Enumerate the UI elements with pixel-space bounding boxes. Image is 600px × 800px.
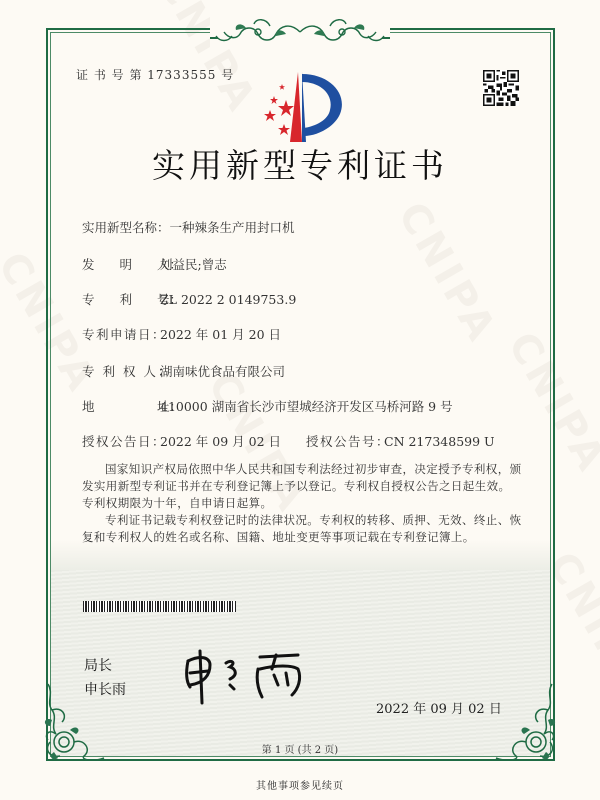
certificate-number-suffix: 号 [221, 68, 234, 82]
field-label: 授权公告号： [306, 432, 384, 450]
field-label: 专 利 号： [82, 290, 160, 308]
field-label: 专 利 权 人： [82, 362, 160, 380]
field-value: 2022 年 09 月 02 日 [160, 432, 281, 450]
body-paragraph-register: 专利证书记载专利权登记时的法律状况。专利权的转移、质押、无效、终止、恢复和专利权… [82, 512, 522, 546]
body-paragraph-grant: 国家知识产权局依照中华人民共和国专利法经过初步审查，决定授予专利权，颁发实用新型… [82, 461, 522, 512]
field-label: 实用新型名称： [82, 218, 170, 236]
field-grant-announcement-date: 授权公告日：2022 年 09 月 02 日 [82, 432, 281, 450]
field-value: 一种辣条生产用封口机 [170, 218, 295, 236]
handwritten-signature-icon [180, 645, 310, 705]
field-value: 湖南味优食品有限公司 [160, 362, 285, 380]
certificate-title: 实用新型专利证书 [0, 140, 600, 187]
field-value: CN 217348599 U [384, 434, 495, 449]
field-value: ZL 2022 2 0149753.9 [160, 292, 296, 307]
field-application-date: 专利申请日：2022 年 01 月 20 日 [82, 325, 281, 343]
field-label: 发 明 人： [82, 255, 160, 273]
field-address: 地 址：410000 湖南省长沙市望城经济开发区马桥河路 9 号 [82, 397, 453, 415]
director-name: 申长雨 [84, 679, 126, 699]
field-value: 刘益民;曾志 [160, 255, 227, 273]
field-utility-model-name: 实用新型名称：一种辣条生产用封口机 [82, 218, 295, 236]
issue-date: 2022 年 09 月 02 日 [376, 698, 502, 717]
certificate-number-label: 证 书 号 第 [76, 68, 142, 82]
footer-note: 其他事项参见续页 [0, 777, 600, 792]
field-patentee: 专 利 权 人：湖南味优食品有限公司 [82, 362, 285, 380]
field-value: 2022 年 01 月 20 日 [160, 325, 281, 343]
top-scroll-ornament-icon [210, 12, 390, 48]
field-label: 地 址： [82, 397, 160, 415]
field-label: 专利申请日： [82, 325, 160, 343]
field-patent-number: 专 利 号：ZL 2022 2 0149753.9 [82, 290, 296, 308]
certificate-number: 证 书 号 第 17333555 号 [76, 66, 234, 83]
field-grant-announcement-number: 授权公告号：CN 217348599 U [306, 432, 495, 450]
field-label: 授权公告日： [82, 432, 160, 450]
director-title: 局长 [84, 655, 112, 675]
field-value: 410000 湖南省长沙市望城经济开发区马桥河路 9 号 [160, 397, 453, 415]
barcode [83, 601, 236, 612]
cnipa-logo-icon [252, 66, 352, 142]
page-indicator: 第 1 页 (共 2 页) [0, 741, 600, 756]
field-inventors: 发 明 人：刘益民;曾志 [82, 255, 227, 273]
qr-code-icon[interactable] [483, 70, 519, 106]
certificate-number-value: 17333555 [147, 68, 216, 82]
